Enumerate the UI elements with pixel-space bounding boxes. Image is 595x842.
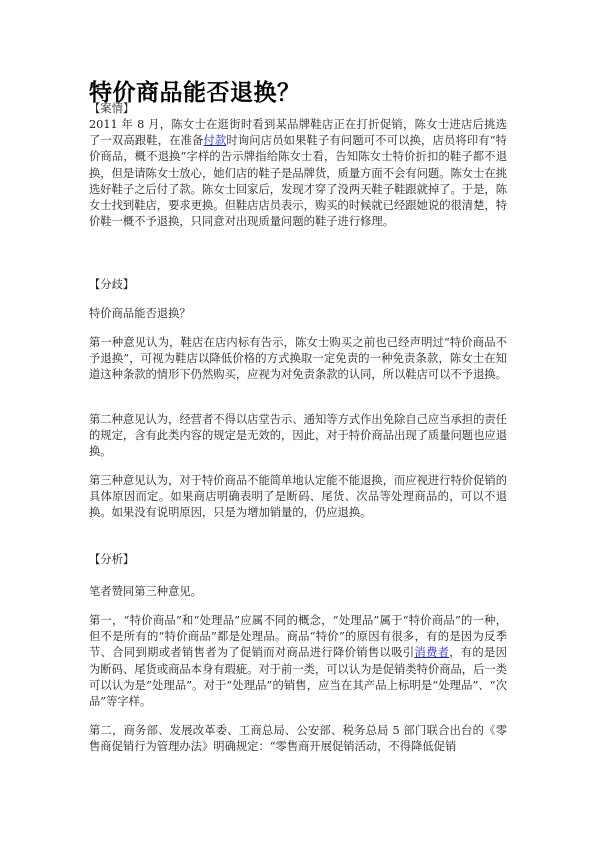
dispute-question: 特价商品能否退换？ [89, 306, 507, 322]
dispute-heading: 【分歧】 [89, 277, 134, 293]
analysis-point-2: 第二，商务部、发展改革委、工商总局、公安部、税务总局 5 部门联合出台的《零售商… [89, 723, 507, 755]
consumer-link[interactable]: 消费者 [414, 646, 449, 659]
case-heading: 【案情】 [89, 101, 134, 117]
analysis-point-1: 第一，“特价商品”和“处理品”应属不同的概念，“处理品”属于“特价商品”的一种，… [89, 613, 507, 710]
opinion-3: 第三种意见认为，对于特价商品不能简单地认定能不能退换，而应视进行特价促销的具体原… [89, 473, 507, 522]
opinion-2: 第二种意见认为，经营者不得以店堂告示、通知等方式作出免除自己应当承担的责任的规定… [89, 412, 507, 461]
payment-link[interactable]: 付款 [204, 134, 227, 147]
analysis-heading: 【分析】 [89, 552, 134, 568]
case-text-after-link: 时询问店员如果鞋子有问题可不可以换，店员将印有“特价商品，概不退换”字样的告示牌… [89, 134, 507, 228]
opinion-1: 第一种意见认为，鞋店在店内标有告示，陈女士购买之前也已经声明过“特价商品不予退换… [89, 335, 507, 384]
analysis-intro: 笔者赞同第三种意见。 [89, 584, 507, 600]
case-paragraph: 2011 年 8 月，陈女士在逛街时看到某品牌鞋店正在打折促销，陈女士进店后挑选… [89, 117, 507, 230]
